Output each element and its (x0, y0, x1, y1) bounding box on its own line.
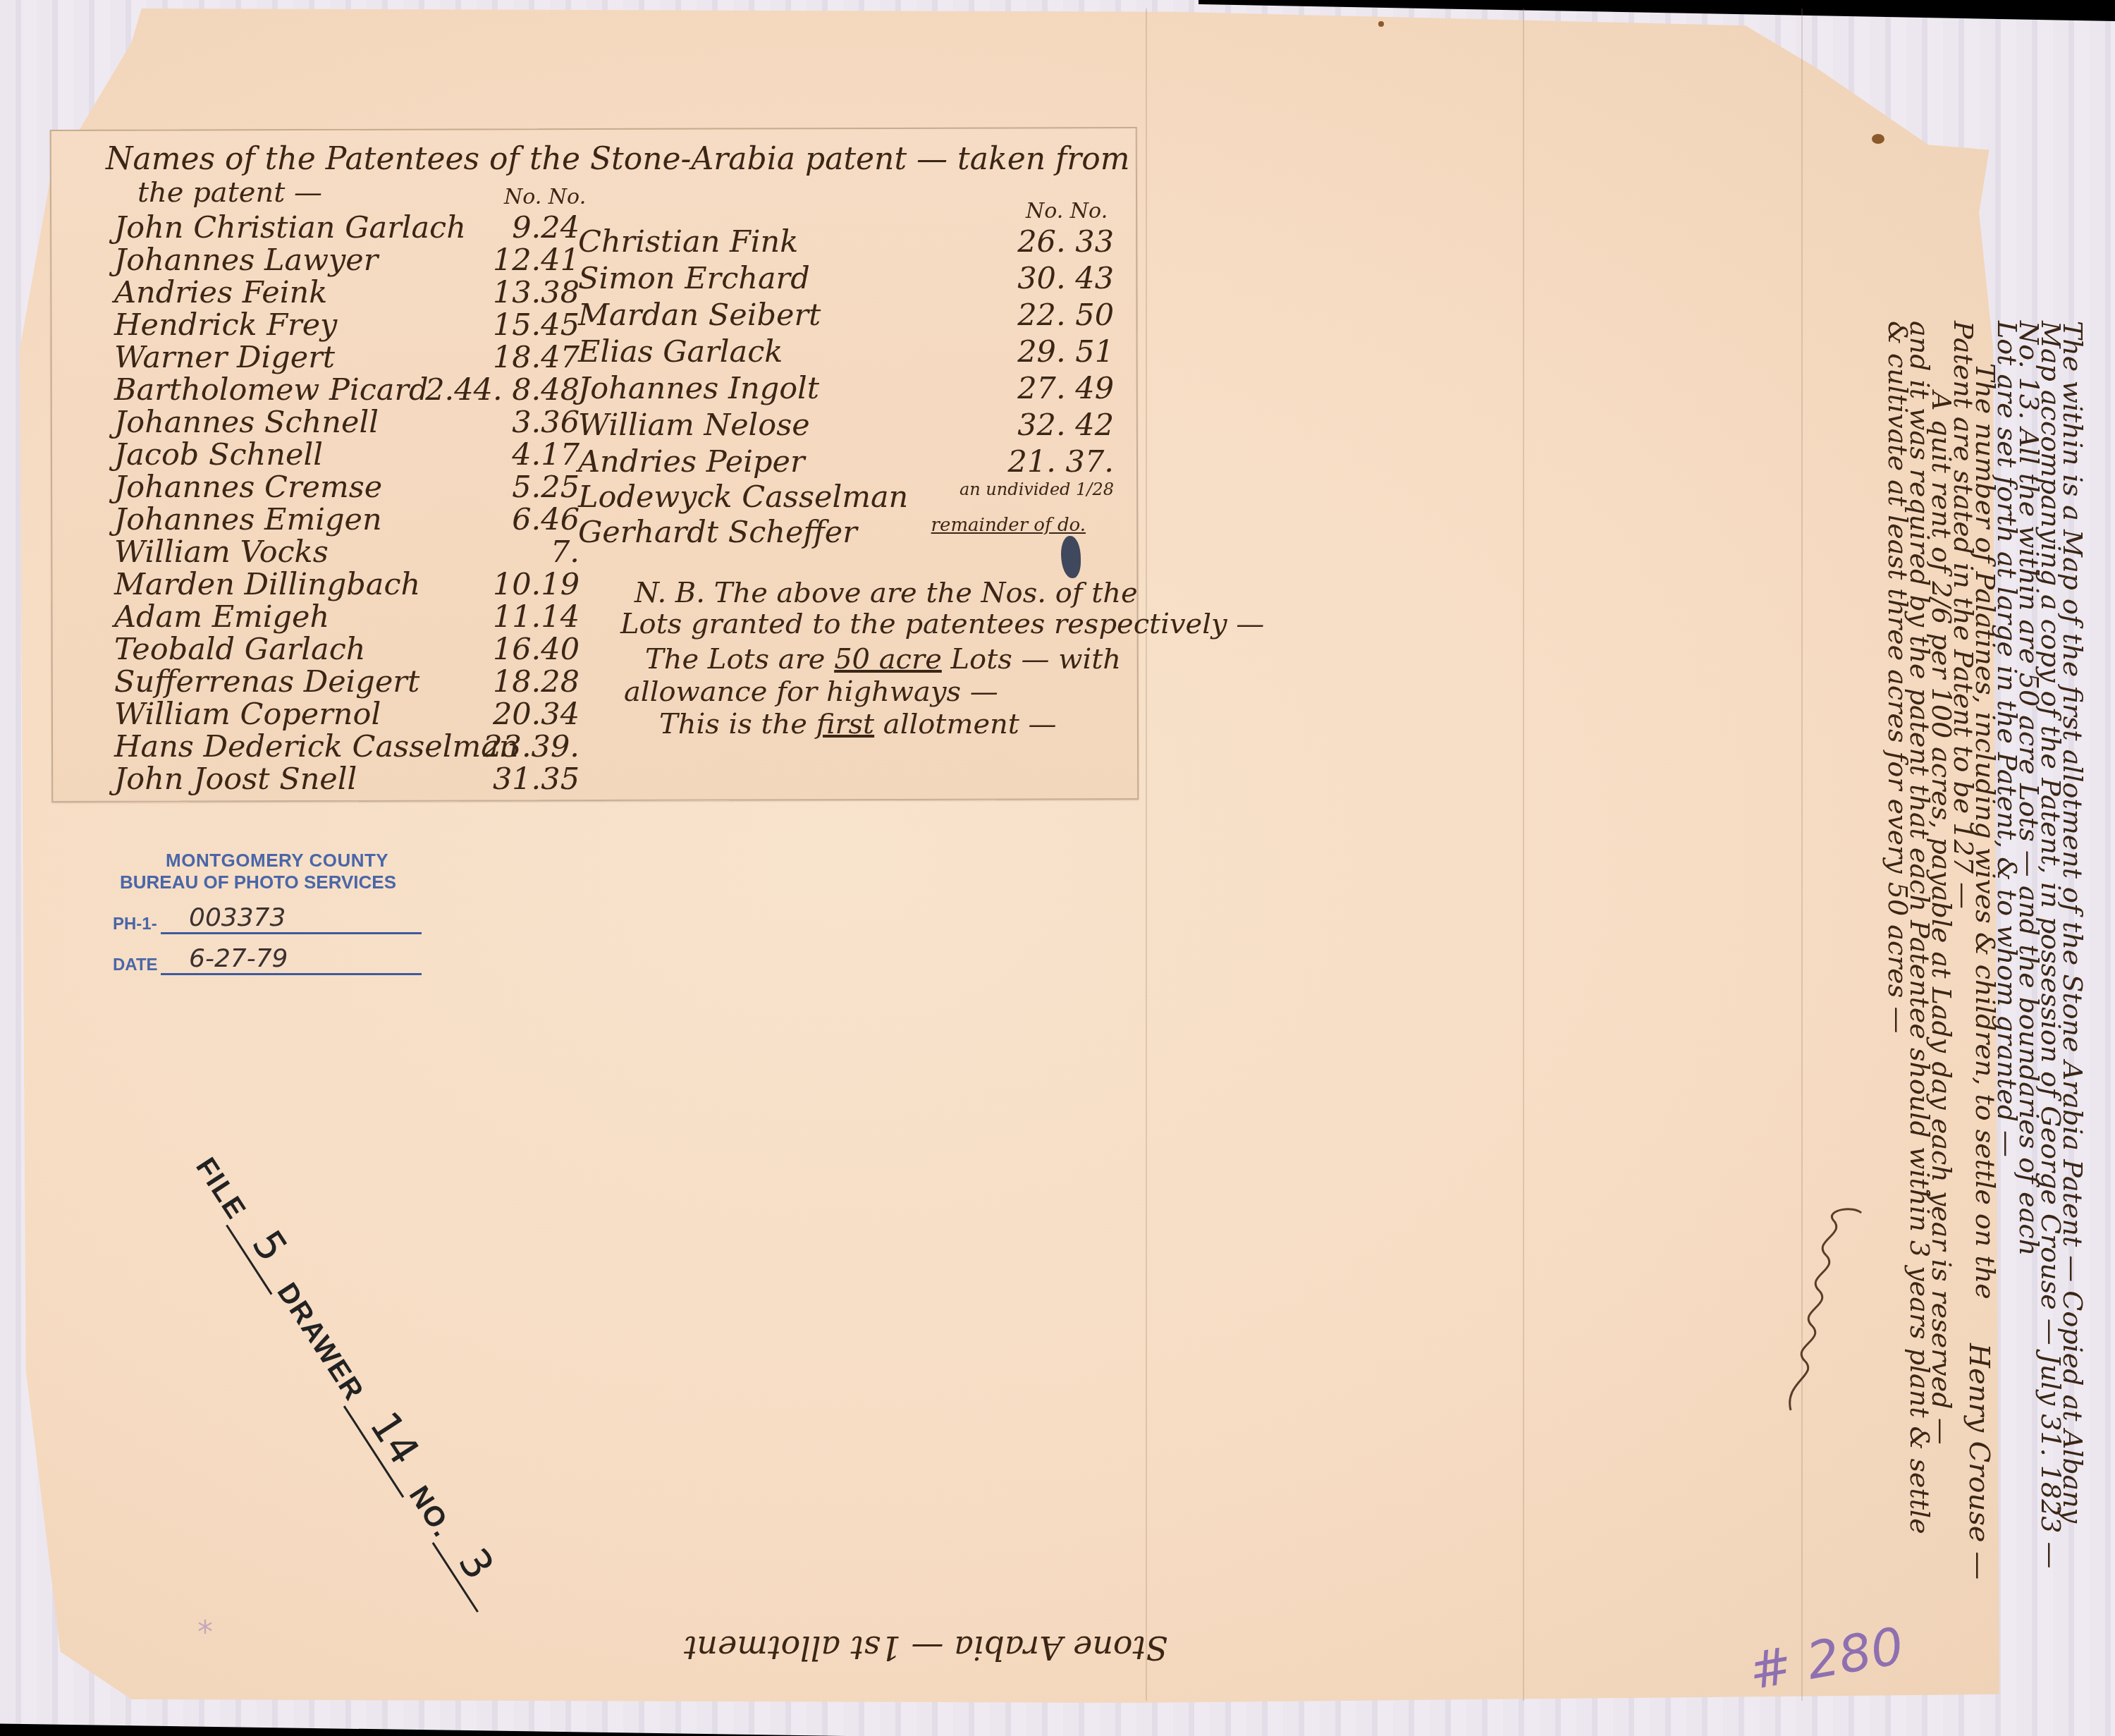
lot-numbers: 16.40 (493, 632, 580, 667)
patentee-name: John Joost Snell (114, 762, 357, 797)
lot-numbers: 3.36 (512, 405, 580, 440)
lot-numbers: 5.25 (512, 470, 580, 505)
patentee-row: John Joost Snell31.35 (114, 762, 580, 797)
note-line-3: The Lots are 50 acre Lots — with (645, 643, 1121, 676)
lot-numbers: 30. 43 (1017, 261, 1114, 296)
lot-numbers: 27. 49 (1017, 371, 1114, 406)
patentee-name: William Nelose (578, 408, 810, 443)
stamp-bureau: BUREAU OF PHOTO SERVICES (120, 872, 422, 893)
note-emphasis: 50 acre (834, 643, 942, 676)
stamp-date-label: DATE (113, 955, 161, 975)
lot-numbers: 6.46 (512, 502, 580, 537)
lot-numbers: 18.28 (493, 664, 580, 699)
lot-numbers: 2.44. 8.48 (425, 372, 580, 408)
note-line-2: Lots granted to the patentees respective… (620, 608, 1264, 640)
patentee-row: William Nelose32. 42 (578, 408, 1114, 443)
patentee-row: Simon Erchard30. 43 (578, 261, 1114, 296)
patentee-name: Teobald Garlach (114, 632, 366, 667)
note-text: The Lots are (645, 643, 834, 676)
lot-numbers: an undivided 1/28 (960, 479, 1114, 499)
lot-numbers: remainder of do. (931, 515, 1086, 536)
lot-numbers: 11.14 (493, 599, 580, 635)
lot-numbers: 22. 50 (1017, 298, 1114, 333)
patentee-row: Adam Emigeh11.14 (114, 599, 580, 635)
patentee-name: Adam Emigeh (114, 599, 329, 635)
stamp-county: MONTGOMERY COUNTY (166, 850, 422, 872)
column-header-left: No. No. (504, 185, 586, 209)
lot-numbers: 9.24 (512, 210, 580, 245)
ink-spot (1872, 134, 1884, 144)
patentee-name: Mardan Seibert (578, 298, 821, 333)
stamp-ph-value: 003373 (161, 903, 422, 934)
patentee-name: Christian Fink (578, 224, 798, 259)
patentee-row: Bartholomew Picard2.44. 8.48 (114, 372, 580, 408)
patentee-name: Sufferrenas Deigert (114, 664, 419, 699)
patentee-row: Elias Garlack29. 51 (578, 334, 1114, 369)
patentee-row: Sufferrenas Deigert18.28 (114, 664, 580, 699)
note-emphasis: first (816, 708, 874, 740)
lot-numbers: 10.19 (493, 567, 580, 602)
stamp-date-field: DATE 6-27-79 (113, 944, 422, 975)
lot-numbers: 29. 51 (1017, 334, 1114, 369)
patentee-name: Jacob Schnell (114, 437, 323, 472)
fold-crease (1523, 8, 1524, 1701)
patentee-name: Warner Digert (114, 340, 335, 375)
lot-numbers: 32. 42 (1017, 408, 1114, 443)
patentee-row: Johannes Lawyer12.41 (114, 243, 580, 278)
fold-crease (1801, 8, 1803, 1701)
slip-title: Names of the Patentees of the Stone-Arab… (106, 141, 1130, 177)
patentee-row: Mardan Seibert22. 50 (578, 298, 1114, 333)
note-line-1: N. B. The above are the Nos. of the (634, 577, 1138, 609)
lot-numbers: 18.47 (493, 340, 580, 375)
fold-crease (1146, 8, 1147, 1701)
patentee-name: William Vocks (114, 534, 329, 570)
patentee-row: Johannes Cremse5.25 (114, 470, 580, 505)
patentee-row: Andries Peiper21. 37. (578, 444, 1114, 479)
patentee-row: Hendrick Frey15.45 (114, 307, 580, 343)
lot-numbers: 13.38 (493, 275, 580, 310)
patentee-row: Teobald Garlach16.40 (114, 632, 580, 667)
patentee-name: Johannes Lawyer (114, 243, 378, 278)
patentee-name: Hendrick Frey (114, 307, 337, 343)
stamp-ph-label: PH-1- (113, 915, 161, 934)
lot-numbers: 23.39. (483, 729, 580, 764)
patentee-name: Marden Dillingbach (114, 567, 420, 602)
patentee-row: Andries Feink13.38 (114, 275, 580, 310)
endorsement-signature: Henry Crouse — (1963, 1343, 1995, 1579)
ink-spot (1378, 21, 1384, 27)
patentee-row: Christian Fink26. 33 (578, 224, 1114, 259)
lot-numbers: 15.45 (493, 307, 580, 343)
patentee-name: Johannes Schnell (114, 405, 379, 440)
photo-services-stamp: MONTGOMERY COUNTY BUREAU OF PHOTO SERVIC… (113, 850, 422, 975)
patentee-name: John Christian Garlach (114, 210, 466, 245)
patentee-row: Warner Digert18.47 (114, 340, 580, 375)
patentee-name: Johannes Emigen (114, 502, 382, 537)
stamp-date-value: 6-27-79 (161, 944, 422, 975)
note-text: This is the (659, 708, 816, 740)
lot-numbers: 12.41 (493, 243, 580, 278)
patentee-name: Johannes Cremse (114, 470, 382, 505)
patentee-row: William Vocks7. (114, 534, 580, 570)
lot-numbers: 7. (551, 534, 580, 570)
patentee-row: Johannes Emigen6.46 (114, 502, 580, 537)
patentee-row: Lodewyck Casselmanan undivided 1/28 (578, 479, 1114, 515)
patentee-row: Hans Dederick Casselman23.39. (114, 729, 580, 764)
patentee-name: Andries Peiper (578, 444, 805, 479)
patentee-name: Hans Dederick Casselman (114, 729, 519, 764)
lot-numbers: 26. 33 (1017, 224, 1114, 259)
patentee-row: William Copernol20.34 (114, 697, 580, 732)
patentee-name: Gerhardt Scheffer (578, 515, 857, 550)
patentee-row: Jacob Schnell4.17 (114, 437, 580, 472)
note-text: allotment — (874, 708, 1056, 740)
column-header-right: No. No. (1026, 199, 1108, 224)
stamp-ph-field: PH-1- 003373 (113, 903, 422, 934)
note-line-4: allowance for highways — (624, 676, 998, 708)
lot-numbers: 20.34 (493, 697, 580, 732)
lot-numbers: 31.35 (493, 762, 580, 797)
patentee-name: William Copernol (114, 697, 381, 732)
patentee-name: Lodewyck Casselman (578, 479, 908, 515)
patentee-name: Johannes Ingolt (578, 371, 819, 406)
faint-pencil-mark: * (197, 1615, 213, 1651)
patentee-name: Andries Feink (114, 275, 327, 310)
patentee-row: Johannes Ingolt27. 49 (578, 371, 1114, 406)
slip-title-continued: the patent — (137, 176, 322, 209)
patentee-name: Elias Garlack (578, 334, 783, 369)
signature-flourish (1777, 1199, 1875, 1424)
patentee-row: Gerhardt Schefferremainder of do. (578, 515, 1114, 550)
patentee-row: Marden Dillingbach10.19 (114, 567, 580, 602)
patentee-row: John Christian Garlach9.24 (114, 210, 580, 245)
note-line-5: This is the first allotment — (659, 708, 1057, 740)
patentee-name: Bartholomew Picard (114, 372, 428, 408)
patentee-row: Johannes Schnell3.36 (114, 405, 580, 440)
upside-down-docket: Stone Arabia — 1st allotment (684, 1629, 1168, 1667)
lot-numbers: 21. 37. (1008, 444, 1114, 479)
note-text: Lots — with (942, 643, 1121, 676)
patentee-name: Simon Erchard (578, 261, 810, 296)
lot-numbers: 4.17 (512, 437, 580, 472)
